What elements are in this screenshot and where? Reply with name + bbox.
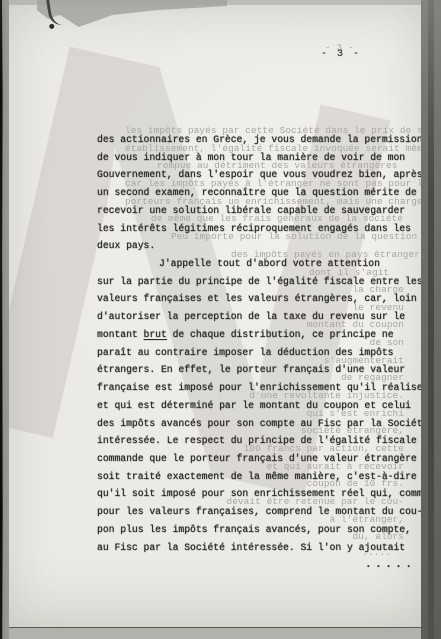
- typed-line: et qui est déterminé par le montant du c…: [97, 400, 411, 411]
- typed-text: deux pays.: [97, 240, 155, 251]
- underlined-word: brut: [144, 329, 167, 340]
- typed-line: valeurs françaises et les valeurs étrang…: [97, 293, 417, 304]
- typed-text: sur la partie du principe de l'égalité f…: [97, 276, 421, 287]
- typed-text: française est imposé pour l'enrichisseme…: [97, 382, 421, 393]
- typed-line: soit traité exactement de la même manièr…: [97, 471, 417, 482]
- typed-text: recevoir une solution libérale capable d…: [97, 205, 405, 216]
- typed-line: d'autoriser la perception de la taxe du …: [97, 311, 405, 322]
- scan-edge-left: [0, 0, 9, 639]
- typed-text: paraît au contraire imposer la déduction…: [97, 347, 394, 358]
- typed-text: des actionnaires en Grèce, je vous deman…: [97, 134, 421, 145]
- typed-line: française est imposé pour l'enrichisseme…: [97, 382, 421, 393]
- typed-text: qu'il soit imposé pour son enrichissemen…: [97, 488, 421, 499]
- typed-line: montant brut de chaque distribution, ce …: [97, 329, 394, 340]
- typed-text: pon plus les impôts français avancés, po…: [97, 524, 411, 535]
- typed-text: d'autoriser la perception de la taxe du …: [97, 311, 405, 322]
- typed-text: commande que le porteur français d'une v…: [97, 453, 417, 464]
- typed-line: des actionnaires en Grèce, je vous deman…: [97, 134, 421, 145]
- typed-line: pour les valeurs françaises, comprend le…: [97, 506, 421, 517]
- typed-line: qu'il soit imposé pour son enrichissemen…: [97, 488, 421, 499]
- typed-line: Gouvernement, dans l'espoir que vous vou…: [97, 169, 421, 180]
- typed-text: étrangers. En effet, le porteur français…: [97, 364, 405, 375]
- typed-text: intéressée. Le respect du principe de l'…: [97, 435, 417, 446]
- typed-line: des impôts avancés pour son compte au Fi…: [97, 418, 421, 429]
- scanned-letter-page: N - 3 -les impôts payés par cette Sociét…: [0, 0, 441, 639]
- typed-text: de chaque distribution, ce principe ne: [167, 329, 394, 340]
- typed-line: paraît au contraire imposer la déduction…: [97, 347, 394, 358]
- typed-text: les intérêts légitimes réciproquement en…: [97, 223, 411, 234]
- typed-line: pon plus les impôts français avancés, po…: [97, 524, 411, 535]
- typed-text: J'appelle tout d'abord votre attention: [159, 258, 380, 269]
- scan-edge-bottom: [9, 627, 421, 639]
- typed-text: Gouvernement, dans l'espoir que vous vou…: [97, 169, 421, 180]
- typed-line: commande que le porteur français d'une v…: [97, 453, 417, 464]
- typed-text: valeurs françaises et les valeurs étrang…: [97, 293, 417, 304]
- typed-line: J'appelle tout d'abord votre attention: [159, 258, 380, 269]
- typed-line: recevoir une solution libérale capable d…: [97, 205, 405, 216]
- ellipsis-dots: .....: [365, 559, 416, 571]
- typed-line: les intérêts légitimes réciproquement en…: [97, 223, 411, 234]
- typed-line: un second examen, reconnaître que la que…: [97, 187, 417, 198]
- typed-line: au Fisc par la Société intéressée. Si l'…: [97, 542, 405, 553]
- typed-text: soit traité exactement de la même manièr…: [97, 471, 417, 482]
- typed-text: pour les valeurs françaises, comprend le…: [97, 506, 421, 517]
- page-number: - 3 -: [321, 49, 361, 60]
- typed-line: sur la partie du principe de l'égalité f…: [97, 276, 421, 287]
- typed-line: intéressée. Le respect du principe de l'…: [97, 435, 417, 446]
- scan-edge-right: [421, 0, 441, 639]
- typed-text: de vous indiquer à mon tour la manière d…: [97, 152, 405, 163]
- typed-text: un second examen, reconnaître que la que…: [97, 187, 417, 198]
- paper-sheet: N - 3 -les impôts payés par cette Sociét…: [9, 0, 421, 627]
- typed-text: des impôts avancés pour son compte au Fi…: [97, 418, 421, 429]
- typed-line: étrangers. En effet, le porteur français…: [97, 364, 405, 375]
- typed-text: au Fisc par la Société intéressée. Si l'…: [97, 542, 405, 553]
- typed-text: montant: [97, 329, 144, 340]
- typed-line: deux pays.: [97, 240, 155, 251]
- typed-line: de vous indiquer à mon tour la manière d…: [97, 152, 405, 163]
- typed-text: et qui est déterminé par le montant du c…: [97, 400, 411, 411]
